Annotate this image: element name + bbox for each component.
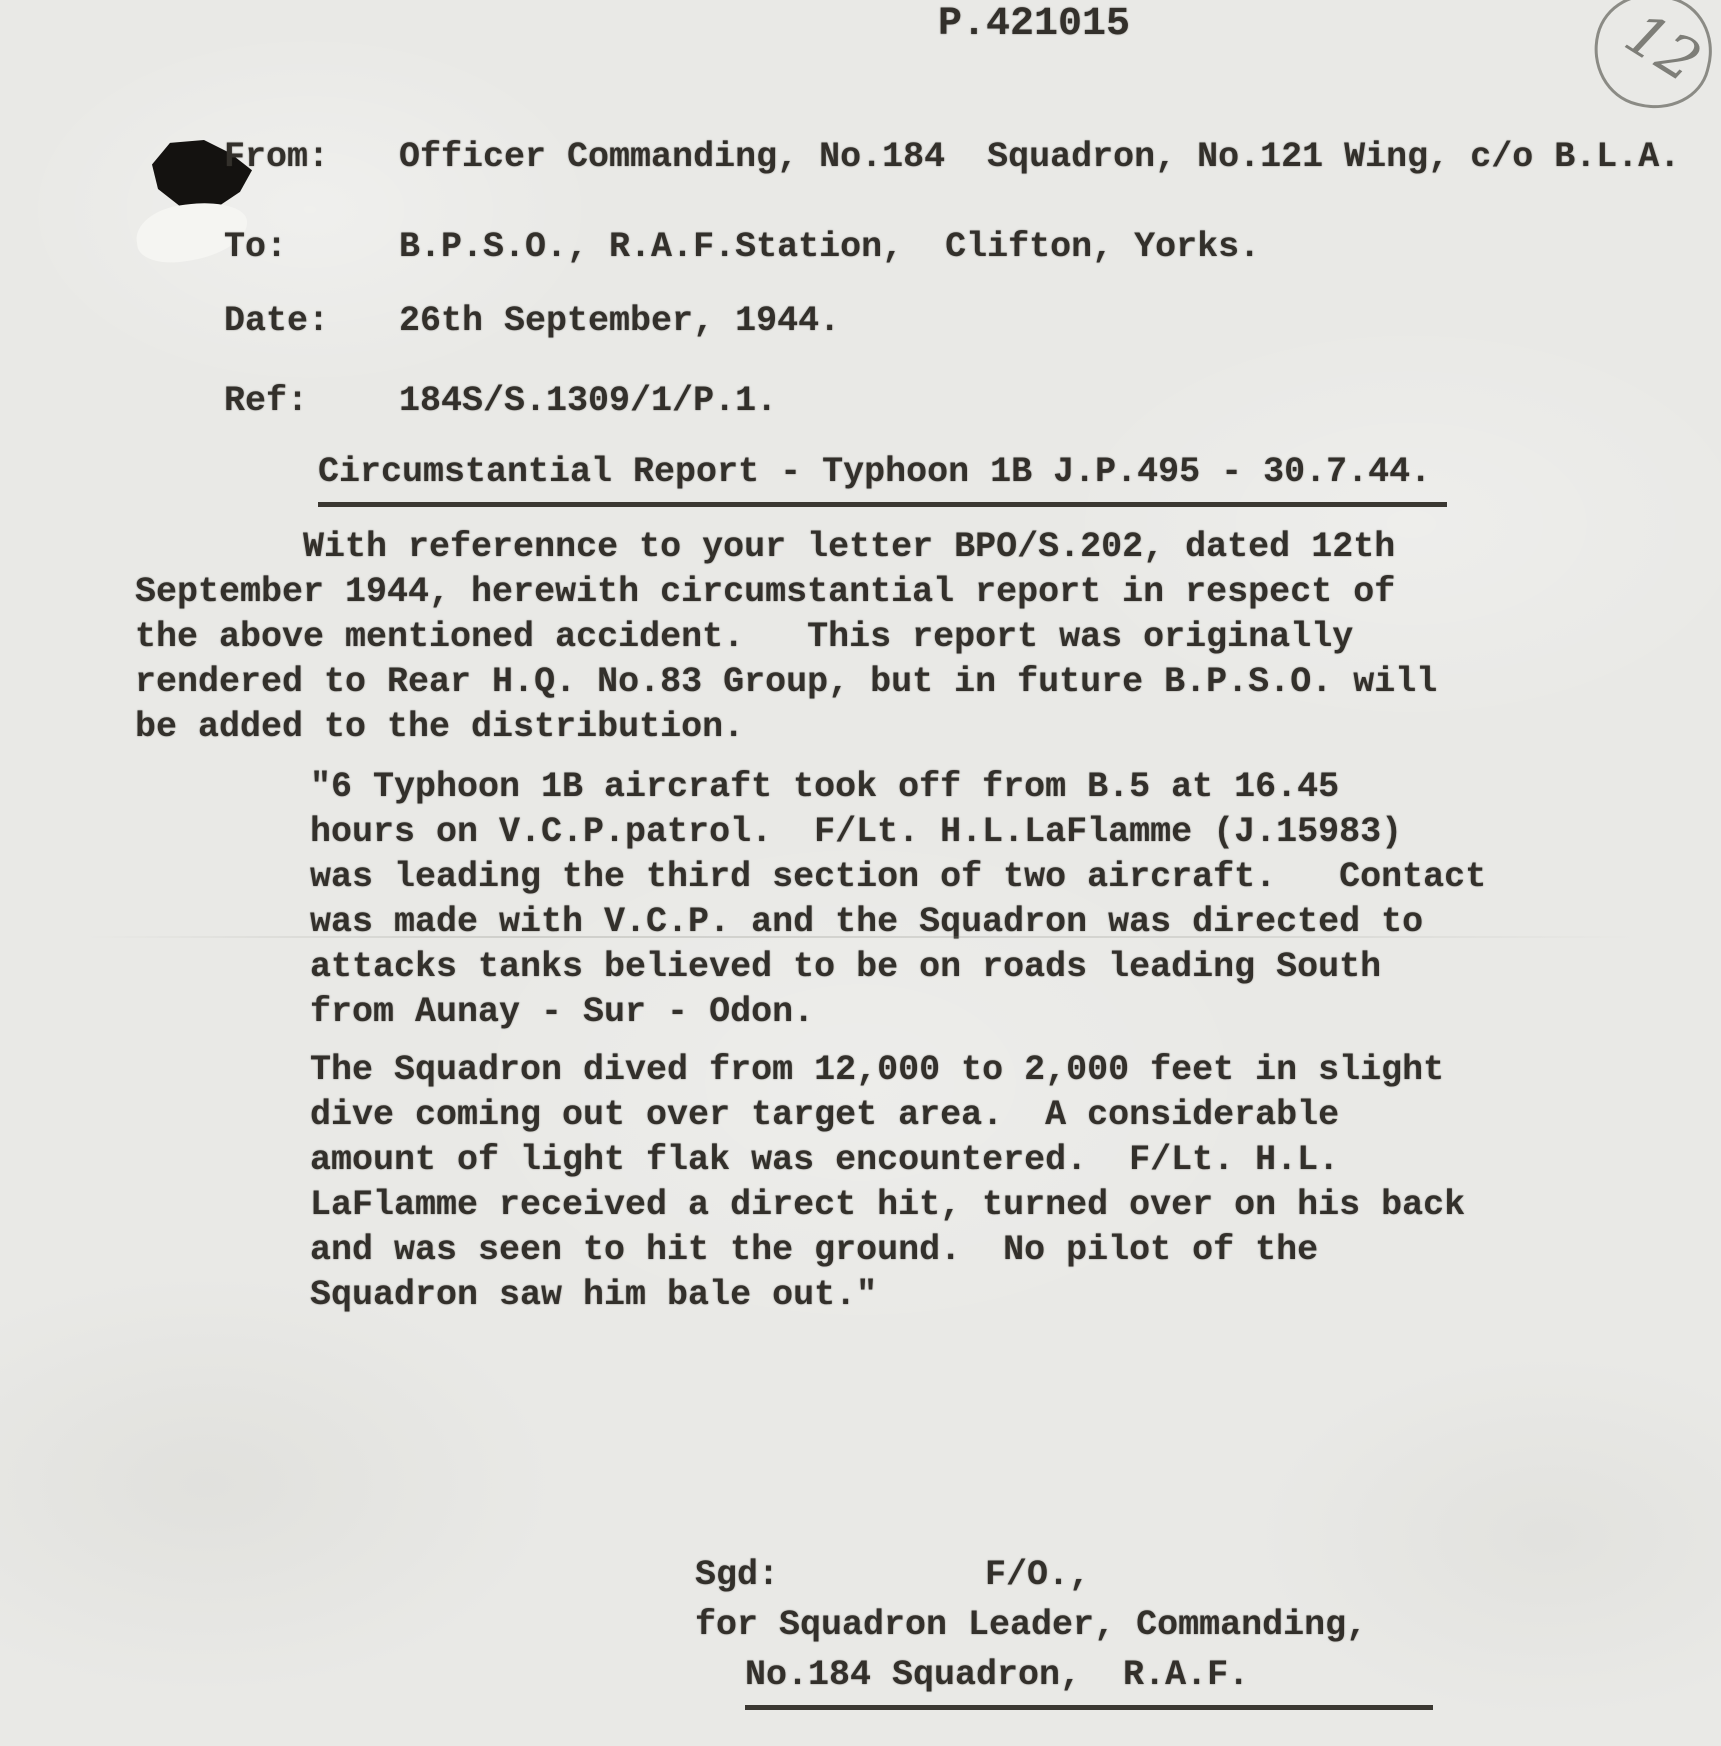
field-from-value: Officer Commanding, No.184 Squadron, No.… (399, 137, 1680, 177)
document-reference-number: P.421015 (938, 2, 1130, 47)
field-from-label: From: (224, 135, 399, 180)
signature-officer-rank: F/O., (985, 1553, 1090, 1598)
signature-unit-line: No.184 Squadron, R.A.F. (745, 1653, 1433, 1710)
signature-sgd-label: Sgd: (695, 1553, 779, 1598)
handwritten-page-number: 12 (1614, 0, 1713, 96)
paragraph-report-quote-1: "6 Typhoon 1B aircraft took off from B.5… (310, 765, 1486, 1035)
field-ref-value: 184S/S.1309/1/P.1. (399, 381, 777, 421)
paragraph-intro: With referennce to your letter BPO/S.202… (135, 525, 1437, 750)
paper-crease (0, 936, 1721, 938)
signature-for-line: for Squadron Leader, Commanding, (695, 1603, 1367, 1648)
paragraph-report-quote-2: The Squadron dived from 12,000 to 2,000 … (310, 1048, 1465, 1318)
field-ref-label: Ref: (224, 379, 399, 424)
document-page: P.421015 12 From:Officer Commanding, No.… (0, 0, 1721, 1746)
report-title: Circumstantial Report - Typhoon 1B J.P.4… (318, 450, 1447, 507)
field-ref: Ref:184S/S.1309/1/P.1. (140, 334, 777, 469)
